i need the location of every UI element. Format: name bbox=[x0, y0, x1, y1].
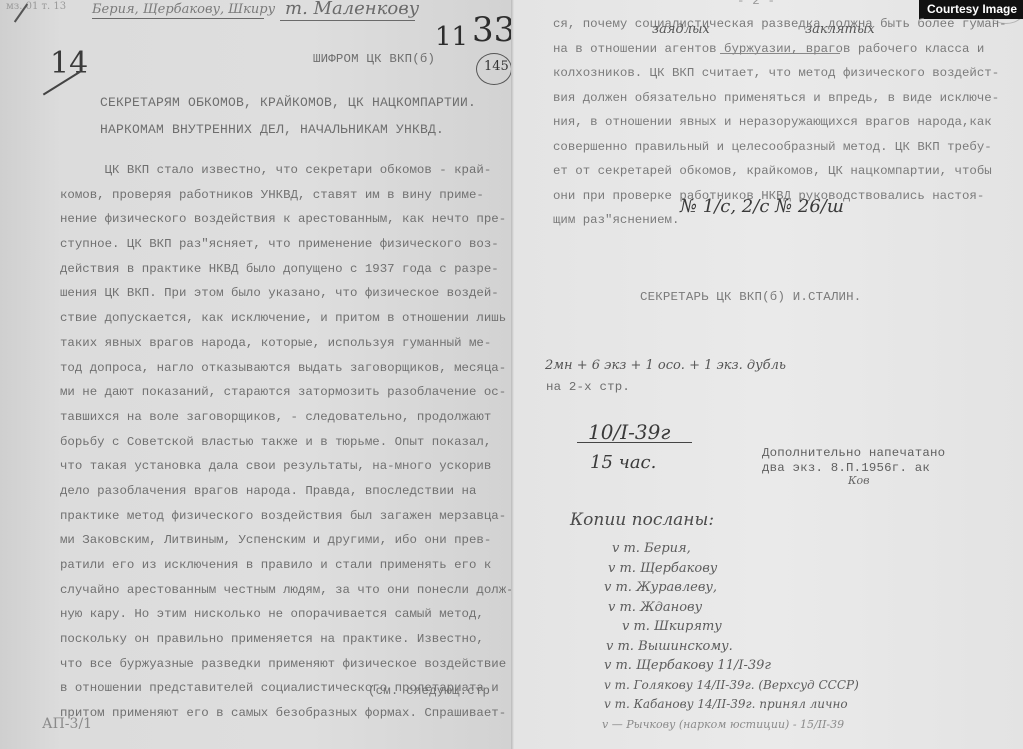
handwritten-edit-zayadlykh: заядлых bbox=[652, 22, 710, 37]
strikethrough-line bbox=[720, 53, 840, 54]
distribution-typed: на 2-х стр. bbox=[546, 380, 630, 394]
signature-line: СЕКРЕТАРЬ ЦК ВКП(б) И.СТАЛИН. bbox=[640, 290, 861, 304]
copy-recipient: v т. Жданову bbox=[608, 598, 859, 618]
body-line: ния, в отношении явных и неразоружающихс… bbox=[553, 110, 1003, 135]
body-line: ЦК ВКП стало известно, что секретари обк… bbox=[60, 158, 510, 183]
handwritten-names-top: Берия, Щербакову, Шкиру bbox=[92, 2, 275, 17]
body-line: что такая установка дала свои результаты… bbox=[60, 454, 510, 479]
document-page-1: мз. 01 т. 13 Берия, Щербакову, Шкиру т. … bbox=[0, 0, 512, 749]
copy-recipient: v т. Вышинскому. bbox=[606, 637, 859, 657]
archive-reference: АП-3/1 bbox=[42, 716, 92, 732]
body-line: случайно арестованным честным людям, за … bbox=[60, 578, 510, 603]
page-number: - 2 - bbox=[737, 0, 775, 8]
body-line: ную кару. Но этим нисколько не опорачива… bbox=[60, 602, 510, 627]
note-line-2: два экз. 8.П.1956г. ак bbox=[762, 461, 930, 475]
body-line: нение физического воздействия к арестова… bbox=[60, 207, 510, 232]
body-line: ратили его из исключения в правило и ста… bbox=[60, 553, 510, 578]
handwritten-reference-numbers: № 1/с, 2/с № 26/ш bbox=[680, 196, 844, 217]
copy-recipient: v т. Журавлеву, bbox=[604, 578, 859, 598]
body-line: ступное. ЦК ВКП раз"ясняет, что применен… bbox=[60, 232, 510, 257]
distribution-handwritten: 2мн + 6 экз + 1 осо. + 1 экз. дубль bbox=[545, 358, 786, 373]
corner-archive-mark: мз. 01 т. 13 bbox=[6, 1, 66, 12]
body-line: действия в практике НКВД было допущено с… bbox=[60, 257, 510, 282]
body-line: практике метод физического воздействия б… bbox=[60, 504, 510, 529]
body-line: что все буржуазные разведки применяют фи… bbox=[60, 652, 510, 677]
body-line: поскольку он правильно применяется на пр… bbox=[60, 627, 510, 652]
body-line: ствие допускается, как исключение, и при… bbox=[60, 306, 510, 331]
copy-recipient: v т. Кабанову 14/II-39г. принял лично bbox=[604, 695, 859, 715]
circled-number: 145 bbox=[484, 59, 509, 74]
body-line: ми Заковским, Литвиным, Успенским и друг… bbox=[60, 528, 510, 553]
copy-recipient: v т. Голякову 14/II-39г. (Верхсуд СССР) bbox=[604, 676, 859, 696]
continued-note: (см. следующ.стр bbox=[368, 684, 490, 698]
body-text-page-1: ЦК ВКП стало известно, что секретари обк… bbox=[60, 158, 510, 726]
body-line: колхозников. ЦК ВКП считает, что метод ф… bbox=[553, 61, 1003, 86]
handwritten-time: 15 час. bbox=[590, 452, 656, 473]
body-line: тод допроса, нагло отказываются выдать з… bbox=[60, 356, 510, 381]
archive-number-2: 33 bbox=[472, 10, 515, 50]
sheet-number: 14 bbox=[50, 46, 88, 81]
copies-list: v т. Берия, v т. Щербакову v т. Журавлев… bbox=[596, 539, 859, 734]
body-line: совершенно правильный и целесообразный м… bbox=[553, 135, 1003, 160]
copy-recipient: v т. Щербакову bbox=[608, 559, 859, 579]
body-line: шения ЦК ВКП. При этом было указано, что… bbox=[60, 281, 510, 306]
copy-recipient: v т. Шкиряту bbox=[622, 617, 859, 637]
body-line: борьбу с Советской властью также и в тюр… bbox=[60, 430, 510, 455]
body-line: ся, почему социалистическая разведка дол… bbox=[553, 12, 1003, 37]
addressee-line-1: СЕКРЕТАРЯМ ОБКОМОВ, КРАЙКОМОВ, ЦК НАЦКОМ… bbox=[100, 95, 476, 110]
addressee-line-2: НАРКОМАМ ВНУТРЕННИХ ДЕЛ, НАЧАЛЬНИКАМ УНК… bbox=[100, 122, 444, 137]
body-line: комов, проверяя работников УНКВД, ставят… bbox=[60, 183, 510, 208]
body-line: ет от секретарей обкомов, крайкомов, ЦК … bbox=[553, 159, 1003, 184]
body-line: вия должен обязательно применяться и впр… bbox=[553, 86, 1003, 111]
body-line: дело разоблачения врагов народа. Правда,… bbox=[60, 479, 510, 504]
archive-number: 11 bbox=[435, 22, 468, 52]
note-initials: Ков bbox=[848, 474, 870, 487]
malenkov-underline bbox=[280, 20, 415, 21]
copy-recipient: v т. Берия, bbox=[612, 539, 859, 559]
copies-heading: Копии посланы: bbox=[570, 510, 714, 530]
handwritten-malenkov: т. Маленкову bbox=[285, 0, 419, 19]
handwritten-edit-zaklyatykh: заклятых bbox=[805, 22, 875, 37]
note-line-1: Дополнительно напечатано bbox=[762, 446, 945, 460]
body-line: тавшихся на воле заговорщиков, - следова… bbox=[60, 405, 510, 430]
cipher-heading: ШИФРОМ ЦК ВКП(б) bbox=[313, 52, 435, 66]
body-line: притом применяют его в самых безобразных… bbox=[60, 701, 510, 726]
handwritten-date: 10/I-39г bbox=[588, 420, 670, 444]
date-underline bbox=[577, 442, 692, 443]
names-underline bbox=[92, 18, 264, 19]
body-line: ми не дают показаний, стараются затормоз… bbox=[60, 380, 510, 405]
copy-recipient: v т. Щербакову 11/I-39г bbox=[604, 656, 859, 676]
copy-recipient: v — Рычкову (нарком юстиции) - 15/II-39 bbox=[602, 715, 859, 735]
body-line: на в отношении агентов буржуазии, врагов… bbox=[553, 37, 1003, 62]
body-line: таких явных врагов народа, которые, испо… bbox=[60, 331, 510, 356]
